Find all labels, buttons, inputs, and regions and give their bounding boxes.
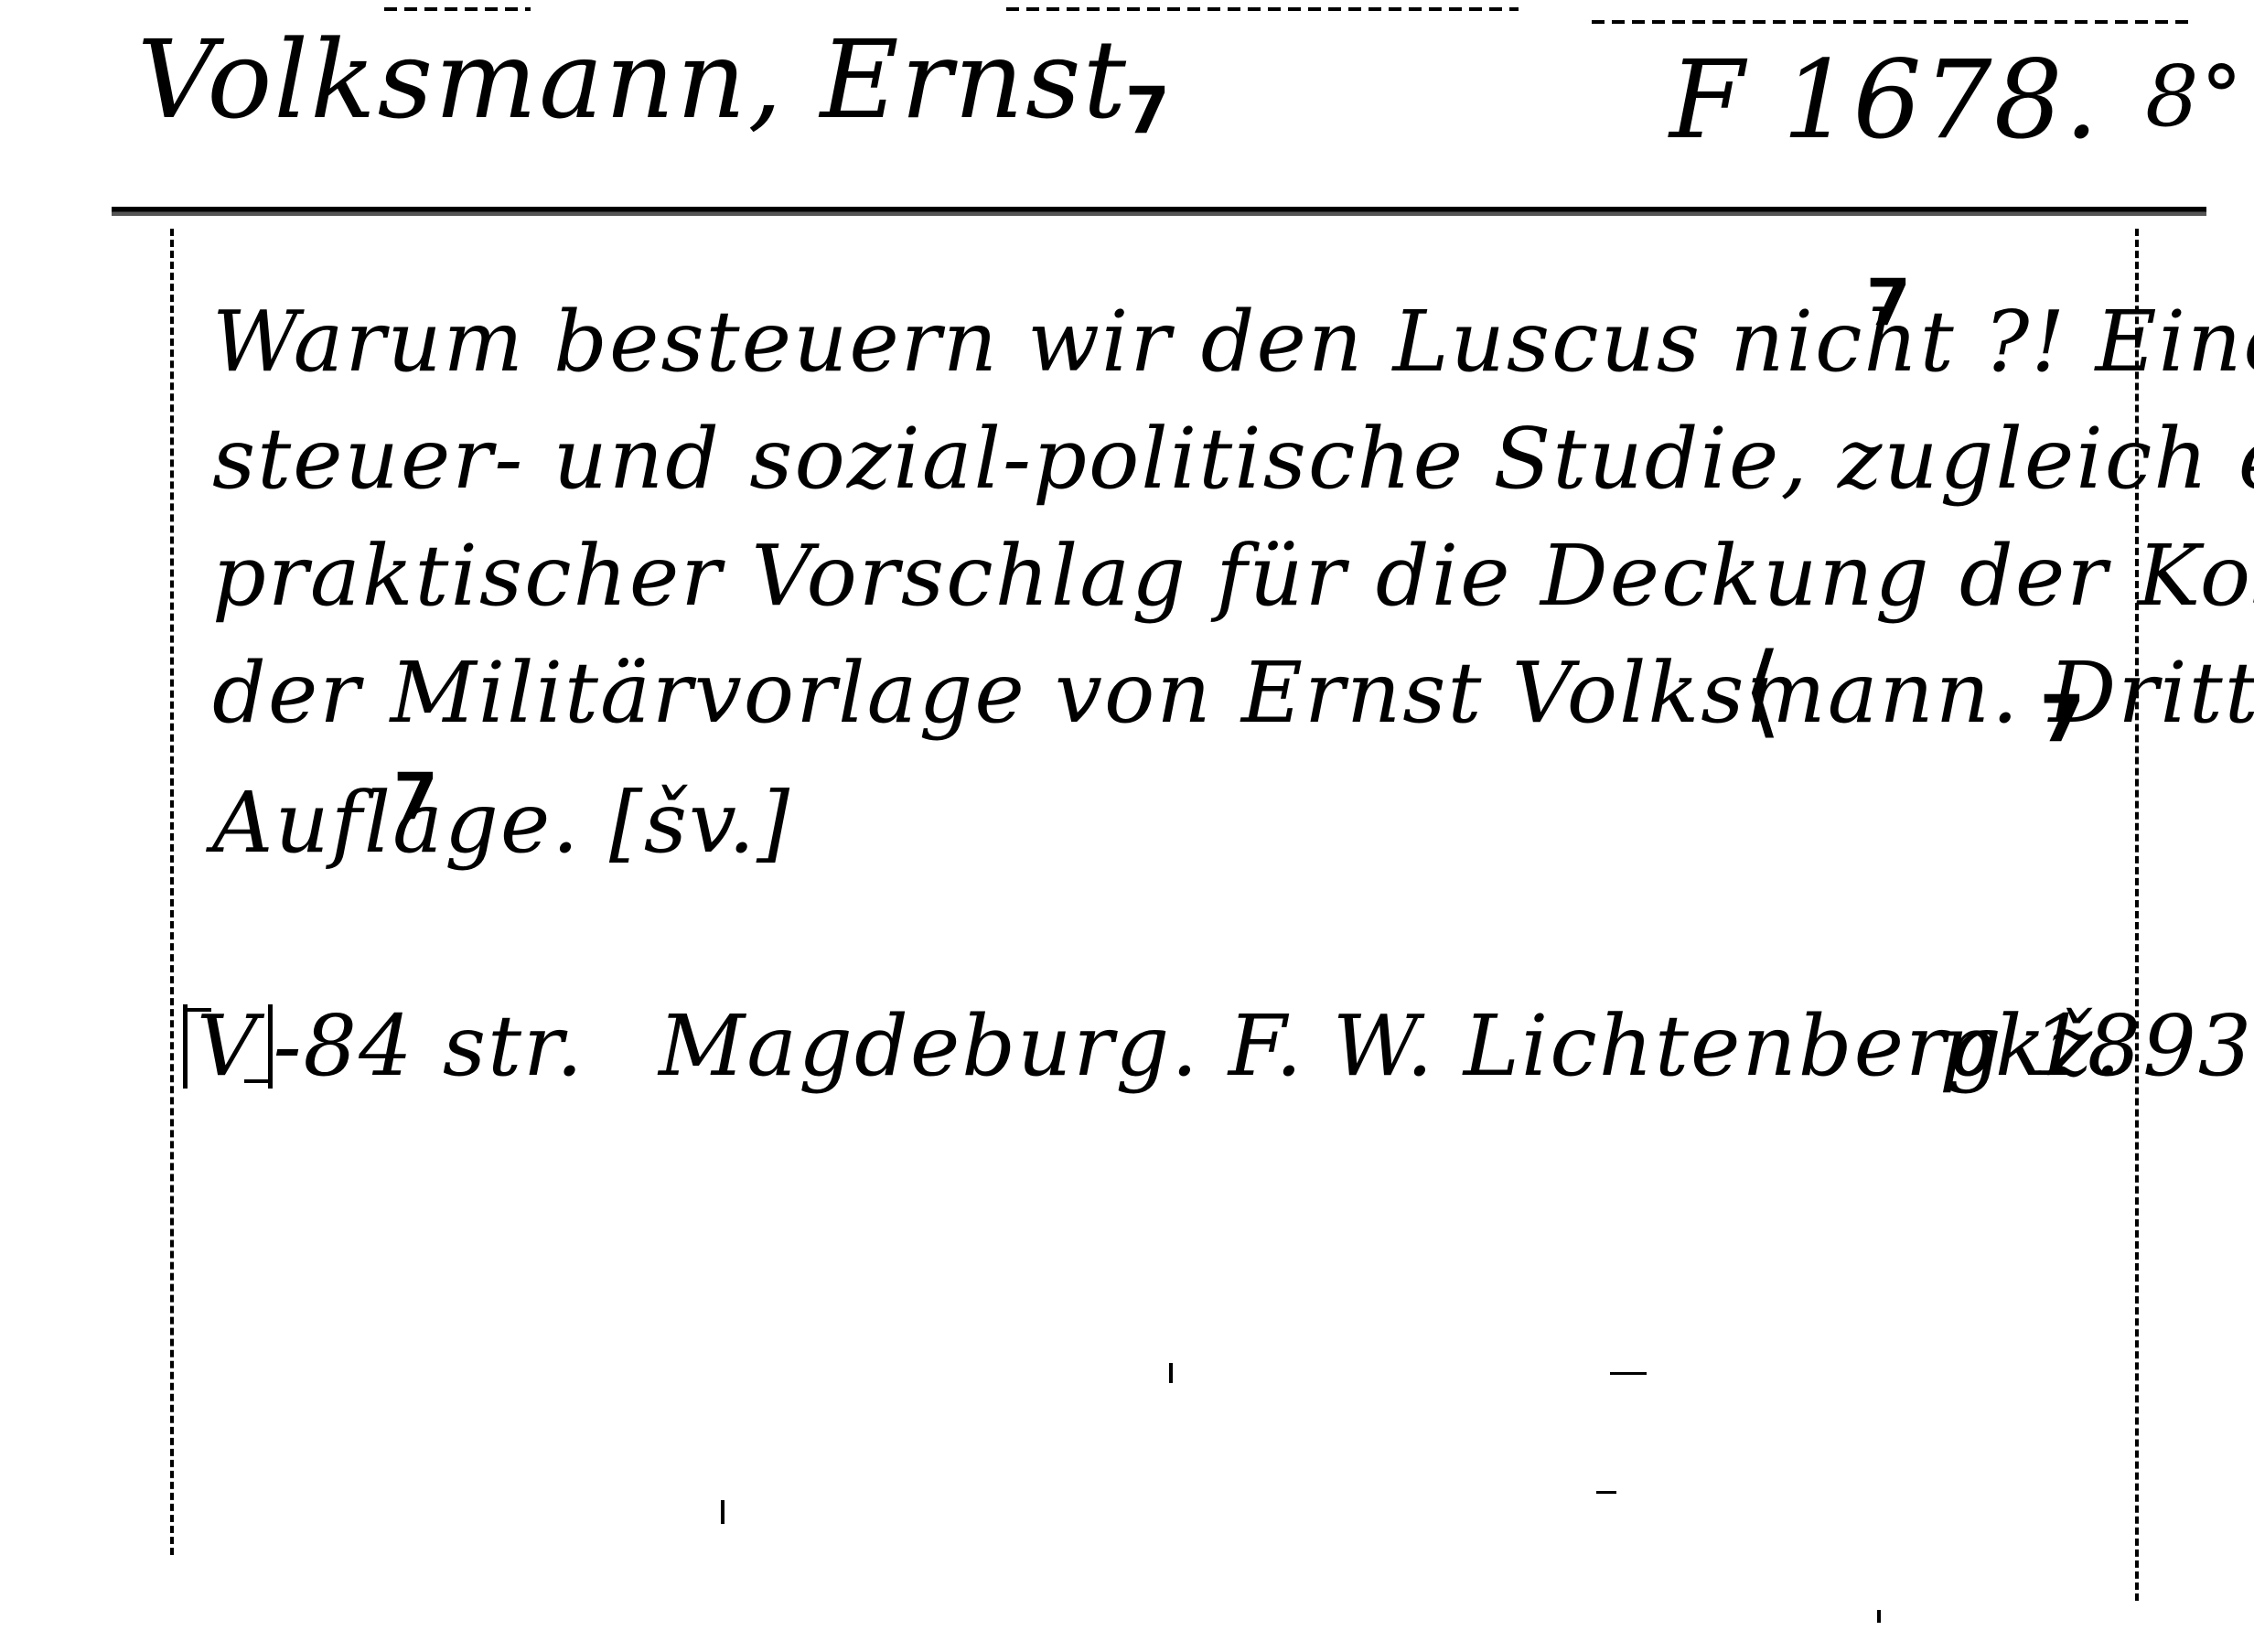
scan-edge-noise	[1006, 7, 1519, 11]
correction-mark: 7	[2040, 681, 2085, 756]
heading-rule	[112, 207, 2206, 216]
author-heading: Volksmann, Ernst	[137, 16, 1128, 143]
scan-speck	[1877, 1610, 1881, 1623]
title-line-4: der Militärvorlage von Ernst Volksmann. …	[212, 644, 2254, 742]
correction-mark: 7	[1125, 73, 1170, 148]
title-line-2: steuer- und sozial-politische Studie, zu…	[212, 410, 2254, 508]
title-line-3: praktischer Vorschlag für die Deckung de…	[212, 527, 2254, 625]
card-border-left	[170, 229, 174, 1555]
scan-speck	[721, 1500, 724, 1524]
pagination: V-84 str.	[183, 997, 585, 1095]
roman-pages-box: V	[183, 1004, 273, 1089]
scan-edge-noise	[384, 7, 531, 11]
scan-speck	[1169, 1363, 1173, 1383]
correction-mark: 7	[1866, 265, 1911, 340]
location-code: pkž.	[1939, 997, 2122, 1095]
scan-speck	[1610, 1372, 1647, 1375]
page-count: -84 str.	[273, 997, 585, 1095]
title-line-1: Warum besteuern wir den Luscus nicht ?! …	[212, 293, 2254, 391]
title-line-5: Auflage. [šv.]	[212, 774, 791, 872]
call-number: F 1678.	[1669, 37, 2100, 163]
scan-edge-noise	[1592, 20, 2195, 24]
scan-speck	[1596, 1491, 1616, 1494]
format-size: 8°	[2145, 48, 2245, 145]
